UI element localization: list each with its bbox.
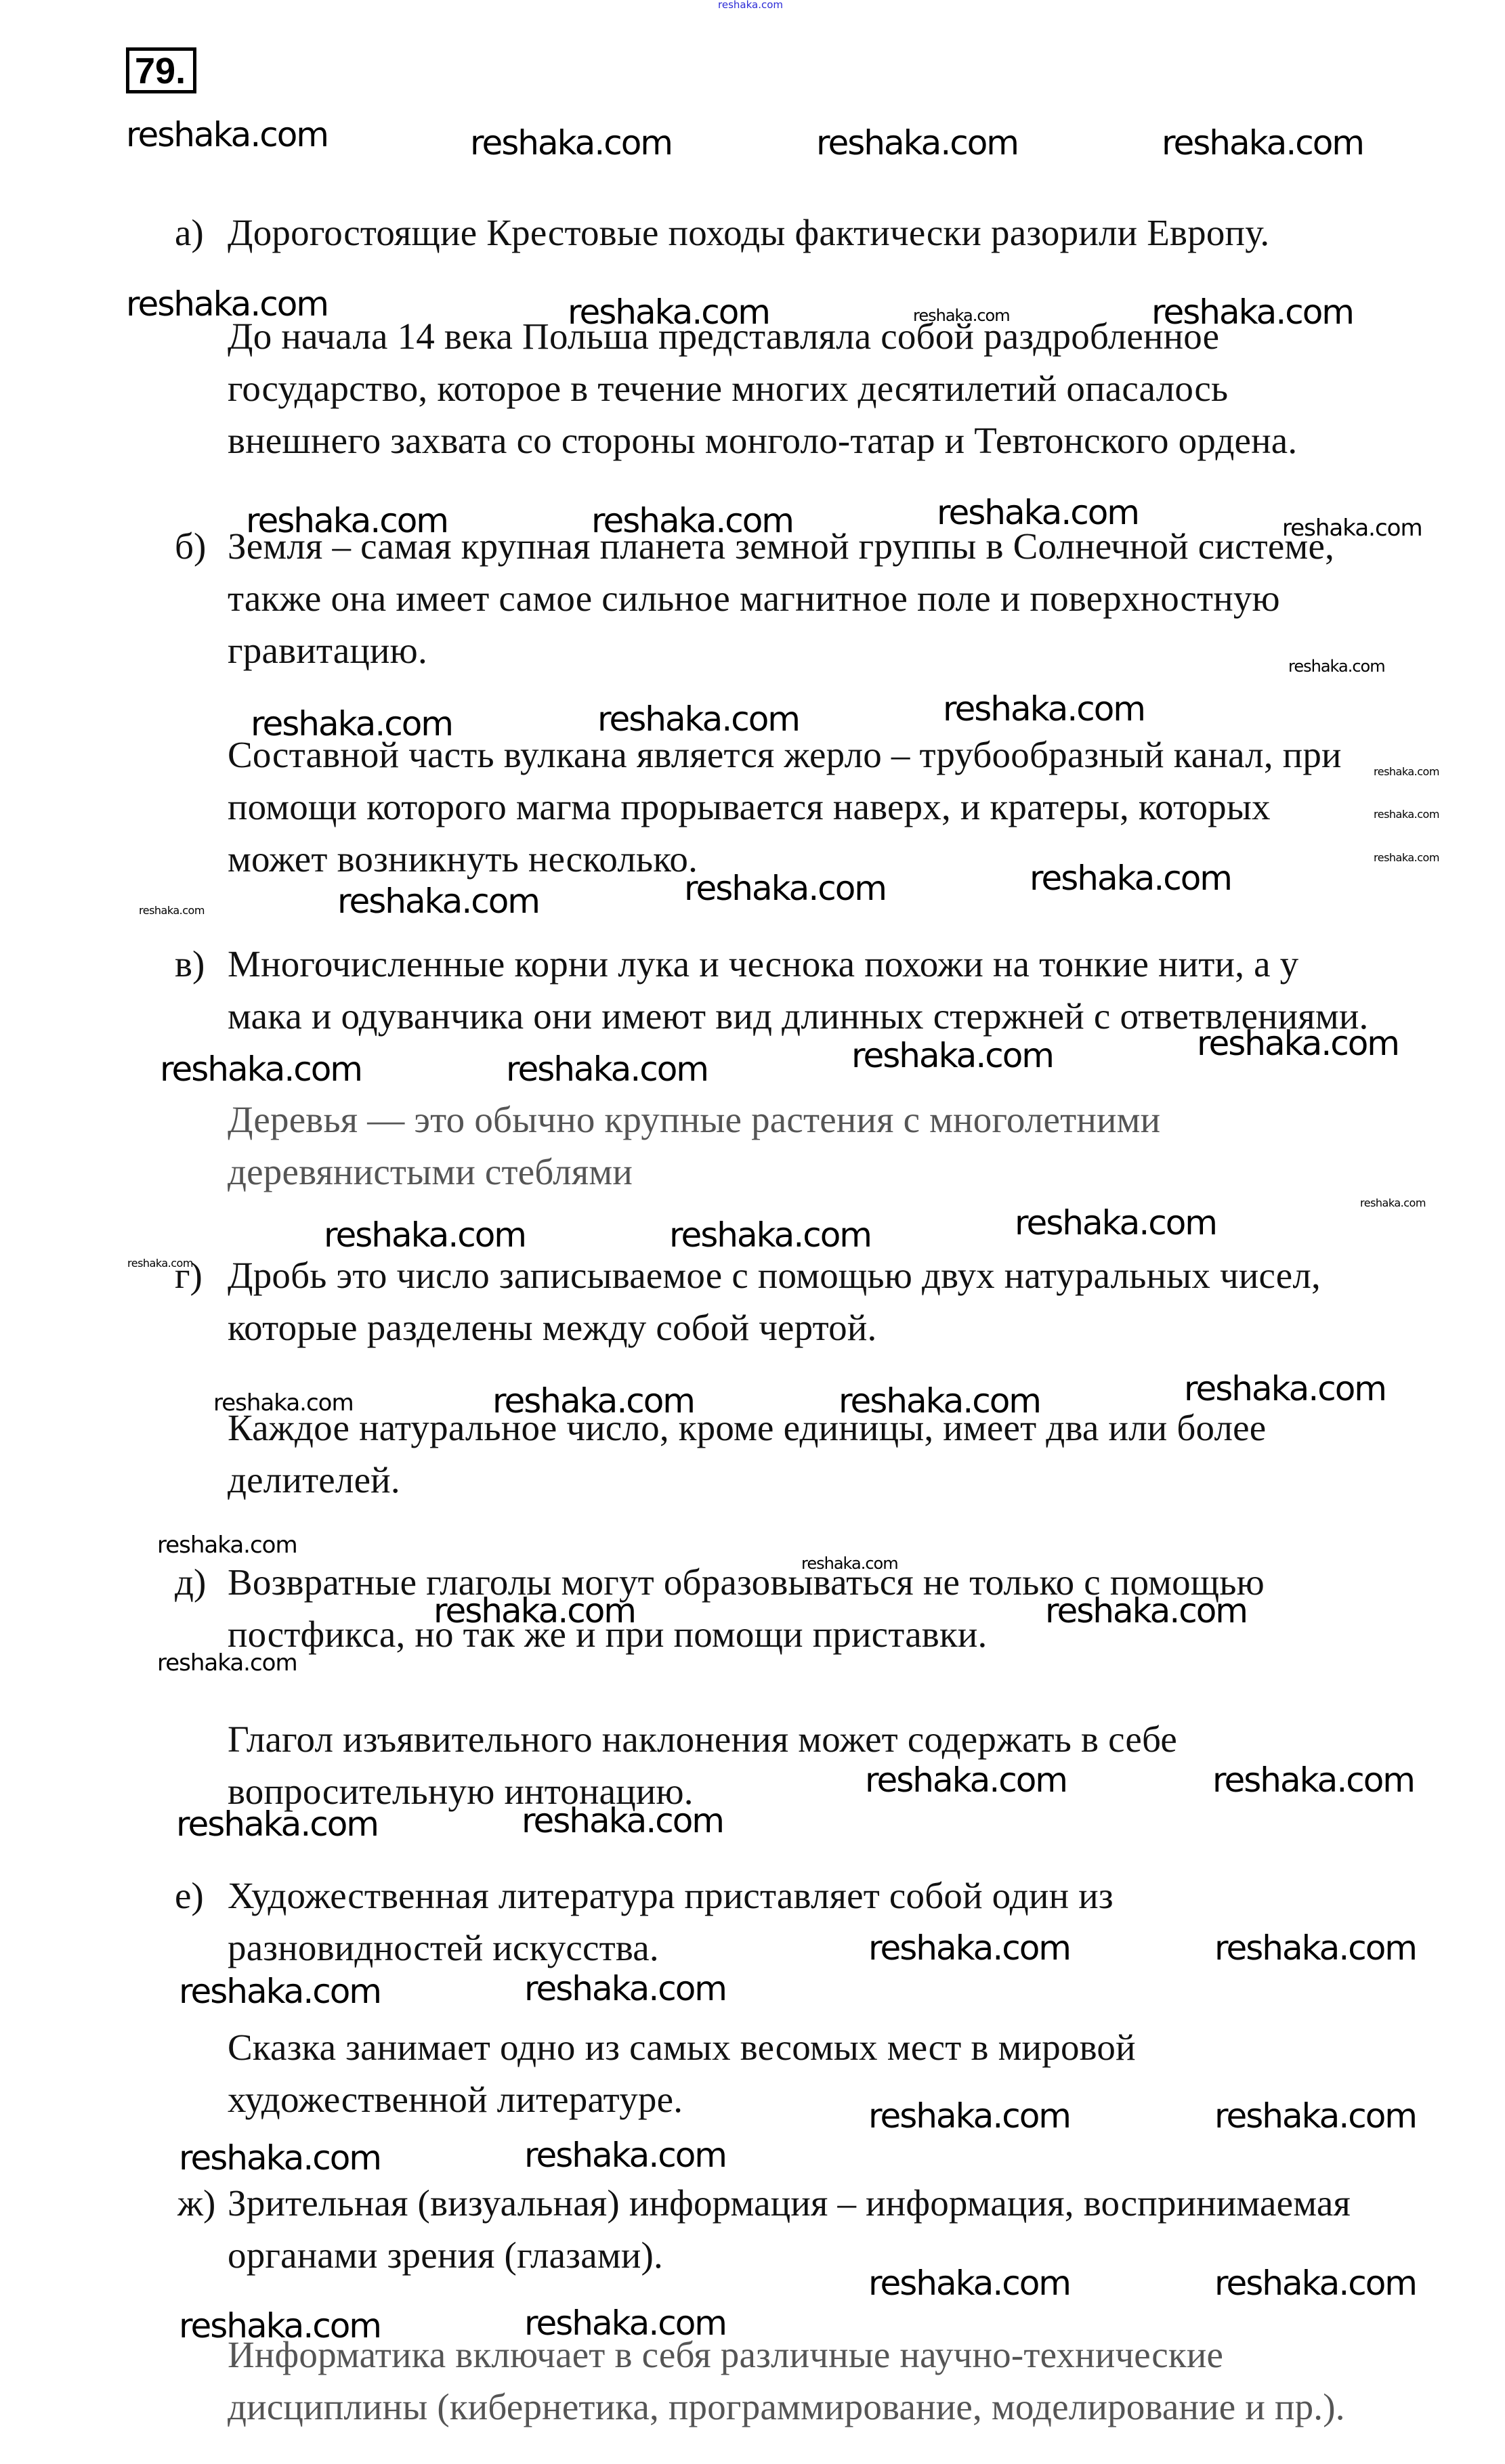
document-page: reshaka.com 79. reshaka.com reshaka.com … <box>0 0 1505 2464</box>
watermark: reshaka.com <box>157 1649 297 1677</box>
watermark: reshaka.com <box>868 1928 1070 1968</box>
watermark: reshaka.com <box>669 1215 871 1255</box>
watermark: reshaka.com <box>1288 657 1385 676</box>
watermark: reshaka.com <box>506 1050 708 1089</box>
statement-b-line3: гравитацию. <box>228 629 427 672</box>
explanation-d-line1: Глагол изъявительного наклонения может с… <box>228 1718 1177 1760</box>
watermark: reshaka.com <box>160 1050 362 1089</box>
watermark: reshaka.com <box>157 1532 297 1559</box>
watermark: reshaka.com <box>324 1215 526 1255</box>
watermark: reshaka.com <box>524 1969 726 2008</box>
statement-g-line2: которые разделены между собой чертой. <box>228 1306 876 1349</box>
watermark: reshaka.com <box>1045 1591 1247 1630</box>
explanation-a-line3: внешнего захвата со стороны монголо-тата… <box>228 419 1297 462</box>
watermark: reshaka.com <box>179 1972 381 2011</box>
watermark: reshaka.com <box>1374 765 1439 778</box>
explanation-e-line1: Сказка занимает одно из самых весомых ме… <box>228 2026 1136 2069</box>
watermark: reshaka.com <box>524 2136 726 2175</box>
statement-a-line1: Дорогостоящие Крестовые походы фактическ… <box>228 211 1269 254</box>
watermark: reshaka.com <box>179 2138 381 2178</box>
watermark: reshaka.com <box>1015 1203 1216 1242</box>
statement-zh-line1: Зрительная (визуальная) информация – инф… <box>228 2182 1351 2224</box>
watermark: reshaka.com <box>868 2264 1070 2303</box>
watermark: reshaka.com <box>1030 859 1231 898</box>
statement-e-line1: Художественная литература приставляет со… <box>228 1874 1114 1917</box>
watermark: reshaka.com <box>1214 1928 1416 1968</box>
item-label-a: а) <box>175 211 204 254</box>
explanation-v-line2: деревянистыми стеблями <box>228 1150 633 1193</box>
explanation-e-line2: художественной литературе. <box>228 2078 683 2121</box>
watermark: reshaka.com <box>176 1804 378 1844</box>
watermark: reshaka.com <box>126 115 328 154</box>
task-number: 79. <box>126 47 196 93</box>
watermark: reshaka.com <box>522 1801 723 1840</box>
explanation-zh-line2: дисциплины (кибернетика, программировани… <box>228 2385 1345 2428</box>
statement-g-line1: Дробь это число записываемое с помощью д… <box>228 1254 1321 1297</box>
watermark: reshaka.com <box>868 2096 1070 2136</box>
explanation-v-line1: Деревья — это обычно крупные растения с … <box>228 1098 1160 1141</box>
watermark: reshaka.com <box>470 123 672 163</box>
statement-v-line1: Многочисленные корни лука и чеснока похо… <box>228 943 1298 985</box>
watermark: reshaka.com <box>1212 1760 1414 1800</box>
watermark: reshaka.com <box>1374 851 1439 864</box>
watermark: reshaka.com <box>865 1760 1067 1800</box>
watermark: reshaka.com <box>1360 1196 1426 1209</box>
explanation-g-line2: делителей. <box>228 1458 400 1501</box>
item-label-d: д) <box>175 1561 206 1603</box>
explanation-a-line2: государство, которое в течение многих де… <box>228 367 1228 410</box>
explanation-a-line1: До начала 14 века Польша представляла со… <box>228 315 1219 358</box>
item-label-g: г) <box>175 1254 203 1297</box>
item-label-v: в) <box>175 943 205 985</box>
item-label-zh: ж) <box>177 2182 215 2224</box>
watermark: reshaka.com <box>1374 808 1439 821</box>
watermark: reshaka.com <box>1162 123 1363 163</box>
item-label-b: б) <box>175 525 206 567</box>
watermark: reshaka.com <box>684 869 886 908</box>
watermark: reshaka.com <box>139 904 205 917</box>
statement-e-line2: разновидностей искусства. <box>228 1926 659 1969</box>
item-label-e: е) <box>175 1874 204 1917</box>
top-watermark: reshaka.com <box>718 0 783 11</box>
statement-d-line2: постфикса, но так же и при помощи приста… <box>228 1613 987 1656</box>
watermark: reshaka.com <box>1214 2264 1416 2303</box>
watermark: reshaka.com <box>943 689 1145 729</box>
watermark: reshaka.com <box>1184 1369 1386 1408</box>
watermark: reshaka.com <box>337 882 539 921</box>
explanation-b-line3: может возникнуть несколько. <box>228 838 698 880</box>
watermark: reshaka.com <box>1214 2096 1416 2136</box>
explanation-b-line1: Составной часть вулкана является жерло –… <box>228 733 1342 776</box>
explanation-g-line1: Каждое натуральное число, кроме единицы,… <box>228 1406 1266 1449</box>
watermark: reshaka.com <box>851 1036 1053 1075</box>
watermark: reshaka.com <box>816 123 1018 163</box>
statement-b-line1: Земля – самая крупная планета земной гру… <box>228 525 1334 567</box>
watermark: reshaka.com <box>1197 1024 1399 1063</box>
statement-b-line2: также она имеет самое сильное магнитное … <box>228 577 1280 620</box>
explanation-b-line2: помощи которого магма прорывается наверх… <box>228 785 1271 828</box>
explanation-zh-line1: Информатика включает в себя различные на… <box>228 2333 1223 2376</box>
statement-zh-line2: органами зрения (глазами). <box>228 2234 663 2276</box>
